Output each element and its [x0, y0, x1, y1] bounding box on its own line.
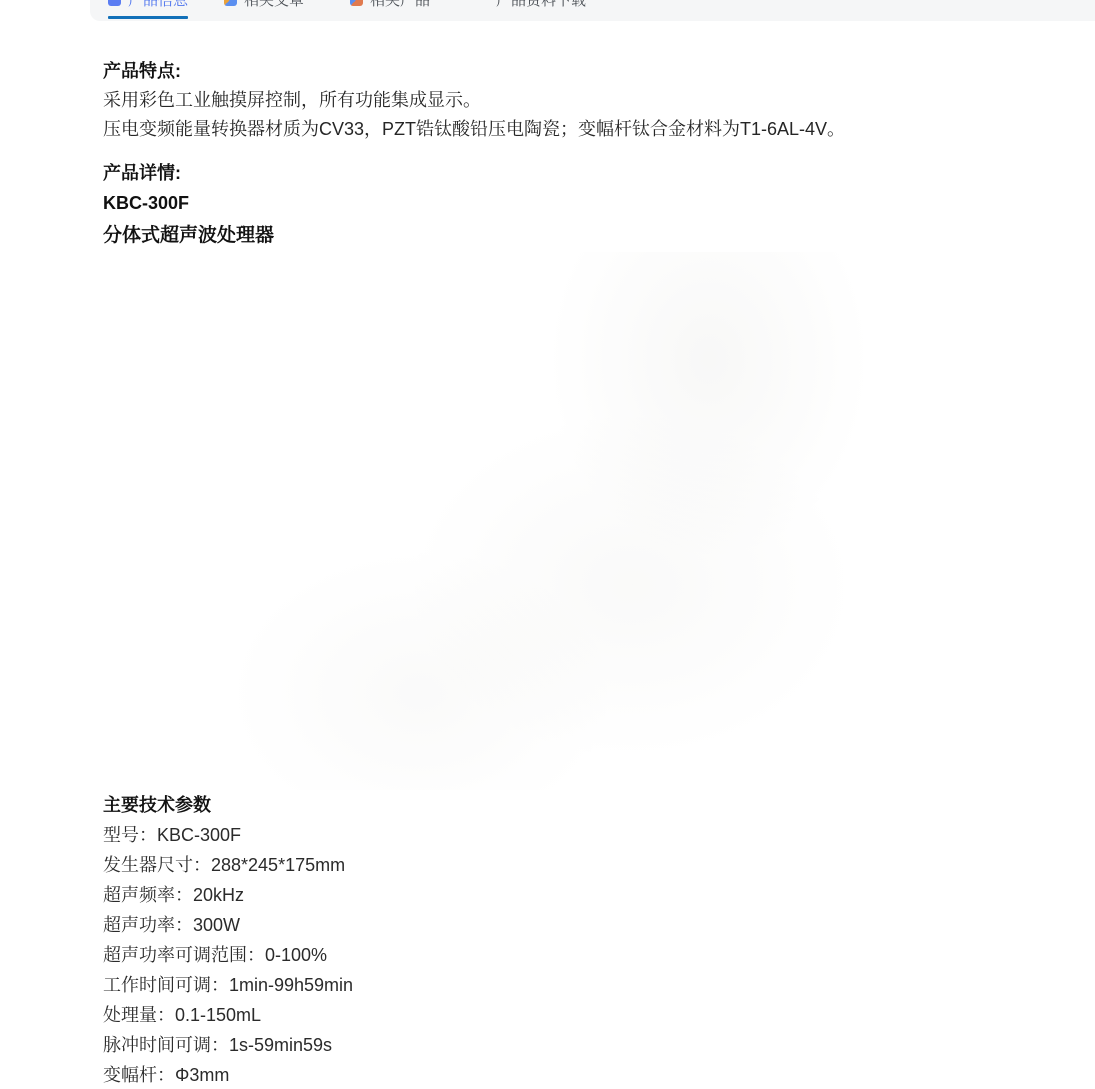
- spec-row: 型号：KBC-300F: [103, 820, 1065, 850]
- feature-line-1: 采用彩色工业触摸屏控制，所有功能集成显示。: [103, 86, 1065, 115]
- tab[interactable]: 产品信息: [108, 0, 188, 21]
- spec-row: 变幅杆：Φ3mm: [103, 1060, 1065, 1089]
- specs-list: 型号：KBC-300F 发生器尺寸：288*245*175mm 超声频率：20k…: [103, 820, 1065, 1089]
- tab-label: 产品信息: [128, 0, 188, 10]
- specs-heading: 主要技术参数: [103, 790, 1065, 820]
- features-heading: 产品特点:: [103, 56, 1065, 86]
- tab-bar: 产品信息 相关文章 相关产品 产品资料下载: [90, 0, 1095, 21]
- tab-label: 相关文章: [244, 0, 304, 10]
- spec-row: 工作时间可调：1min-99h59min: [103, 970, 1065, 1000]
- spec-row: 超声频率：20kHz: [103, 880, 1065, 910]
- spec-row: 处理量：0.1-150mL: [103, 1000, 1065, 1030]
- tab-label: 产品资料下载: [496, 0, 586, 10]
- product-detail-page: 产品信息 相关文章 相关产品 产品资料下载 产品特点: 采用彩色工业触摸屏控制，…: [0, 0, 1095, 1089]
- product-name: 分体式超声波处理器: [103, 220, 1065, 252]
- feature-line-2: 压电变频能量转换器材质为CV33，PZT锆钛酸铅压电陶瓷；变幅杆钛合金材料为T1…: [103, 115, 1065, 144]
- tab[interactable]: 相关文章: [224, 0, 304, 21]
- tab-icon: [350, 0, 363, 6]
- product-image: [103, 252, 1065, 790]
- tab-icon: [224, 0, 237, 6]
- tab-icon: [108, 0, 121, 6]
- spec-row: 发生器尺寸：288*245*175mm: [103, 850, 1065, 880]
- tab[interactable]: 产品资料下载: [496, 0, 586, 21]
- product-model: KBC-300F: [103, 188, 1065, 218]
- tab-label: 相关产品: [370, 0, 430, 10]
- spec-row: 超声功率可调范围：0-100%: [103, 940, 1065, 970]
- details-heading: 产品详情:: [103, 158, 1065, 188]
- spec-row: 脉冲时间可调：1s-59min59s: [103, 1030, 1065, 1060]
- spec-row: 超声功率：300W: [103, 910, 1065, 940]
- tab[interactable]: 相关产品: [350, 0, 430, 21]
- product-detail-content: 产品特点: 采用彩色工业触摸屏控制，所有功能集成显示。 压电变频能量转换器材质为…: [103, 56, 1065, 1089]
